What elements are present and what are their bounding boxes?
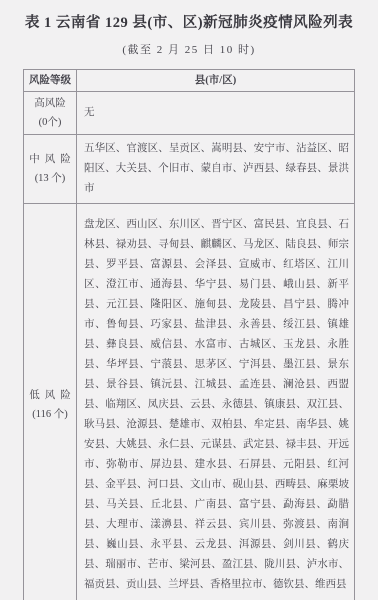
low-risk-counties-text: 盘龙区、西山区、东川区、晋宁区、富民县、宜良县、石林县、禄劝县、寻甸县、麒麟区、… [77,204,354,600]
high-risk-level-label: 高风险 [34,94,66,113]
medium-risk-level-cell: 中风险 (13 个) [24,135,77,203]
low-risk-level-cell: 低风险 (116 个) [24,204,77,600]
header-cell-risk-level: 风险等级 [24,70,77,91]
medium-risk-counties-text: 五华区、官渡区、呈贡区、嵩明县、安宁市、沾益区、昭阳区、大关县、个旧市、蒙自市、… [77,135,354,203]
table-row-medium-risk: 中风险 (13 个) 五华区、官渡区、呈贡区、嵩明县、安宁市、沾益区、昭阳区、大… [24,134,354,203]
page: 表 1 云南省 129 县(市、区)新冠肺炎疫情风险列表 (截至 2 月 25 … [0,0,378,600]
high-risk-count-label: (0个) [39,113,62,132]
table-row-low-risk: 低风险 (116 个) 盘龙区、西山区、东川区、晋宁区、富民县、宜良县、石林县、… [24,203,354,600]
medium-risk-level-label: 中风险 [29,150,76,169]
header-cell-counties: 县(市/区) [77,70,354,91]
table-header-row: 风险等级 县(市/区) [24,70,354,91]
high-risk-counties-text: 无 [77,92,354,134]
risk-table: 风险等级 县(市/区) 高风险 (0个) 无 中风险 (13 个) 五华区、官渡… [23,69,355,600]
low-risk-count-label: (116 个) [32,405,67,424]
page-title: 表 1 云南省 129 县(市、区)新冠肺炎疫情风险列表 [0,13,378,33]
medium-risk-count-label: (13 个) [35,169,66,188]
high-risk-level-cell: 高风险 (0个) [24,92,77,134]
table-row-high-risk: 高风险 (0个) 无 [24,91,354,134]
low-risk-level-label: 低风险 [29,386,76,405]
page-subtitle: (截至 2 月 25 日 10 时) [0,42,378,58]
